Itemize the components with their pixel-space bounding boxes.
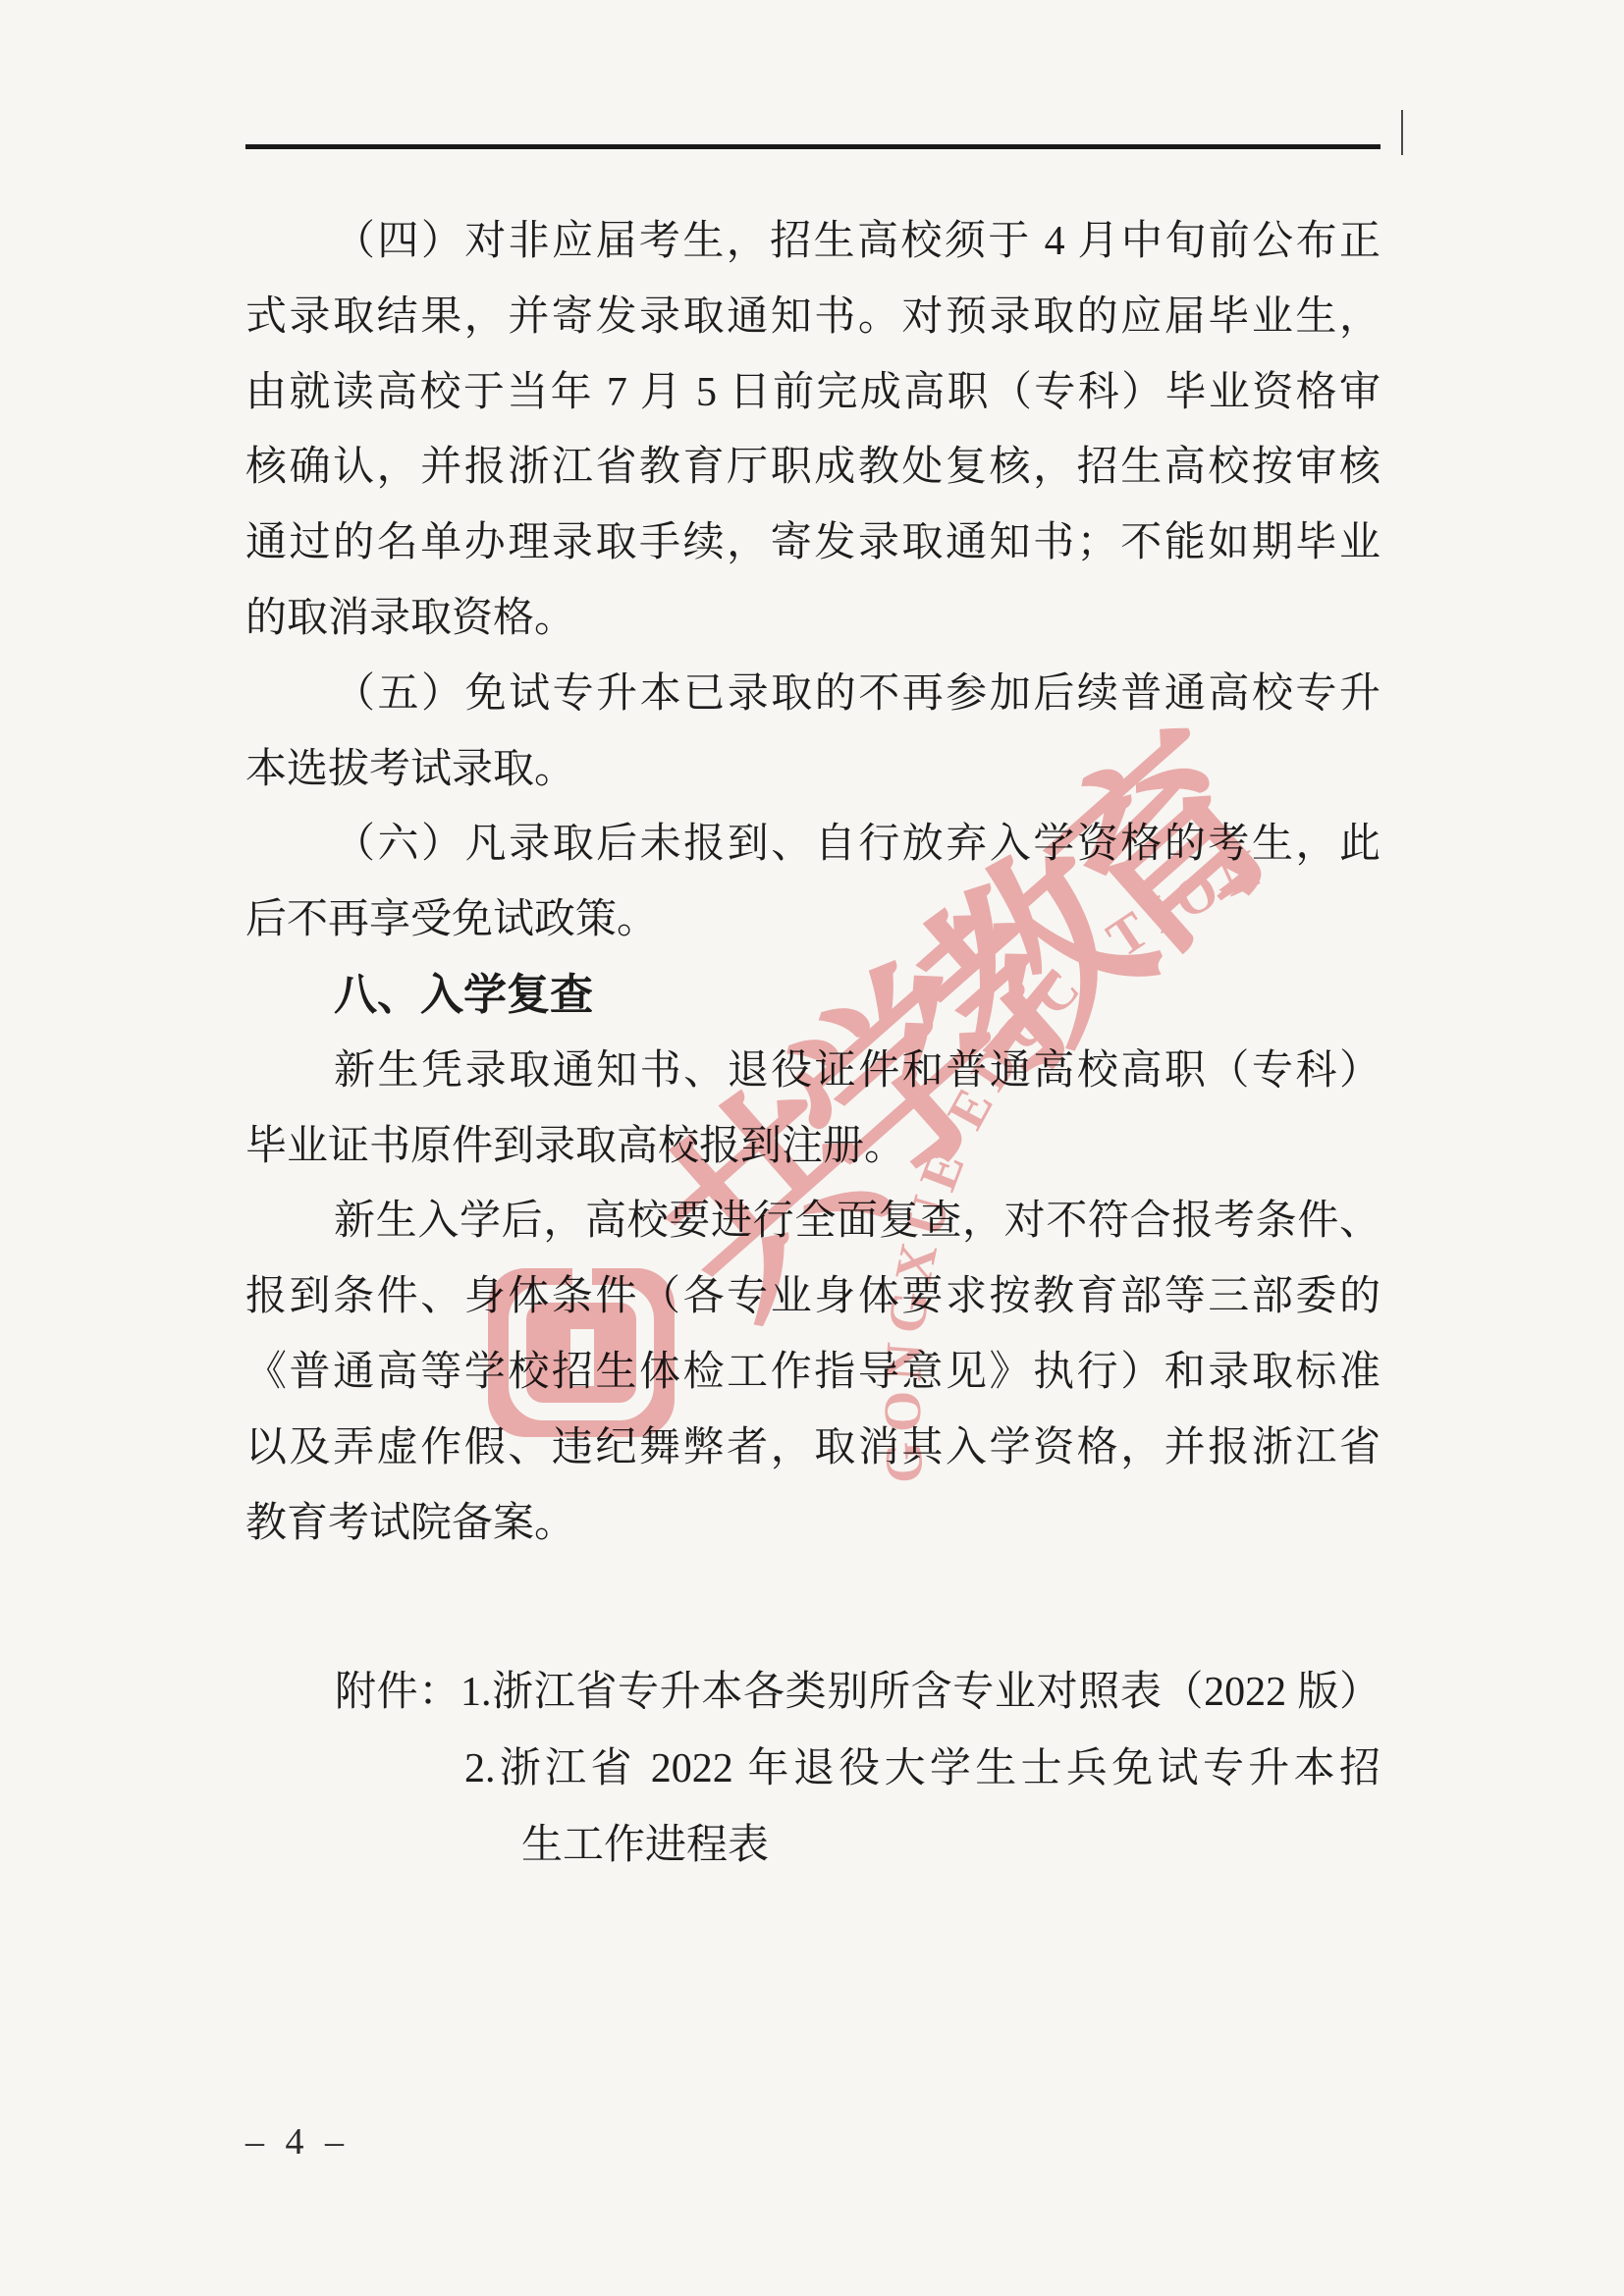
page-number: – 4 – (245, 2120, 350, 2163)
text-line: 毕业证书原件到录取高校报到注册。 (245, 1109, 1380, 1185)
text-line: 通过的名单办理录取手续，寄发录取通知书；不能如期毕业 (245, 506, 1380, 581)
body-text-block: （四）对非应届考生，招生高校须于 4 月中旬前公布正 式录取结果，并寄发录取通知… (245, 204, 1380, 1561)
section-heading: 八、入学复查 (245, 958, 1380, 1034)
text-line: 以及弄虚作假、违纪舞弊者，取消其入学资格，并报浙江省 (245, 1411, 1380, 1486)
attachments-block: 附件：1.浙江省专升本各类别所含专业对照表（2022 版） 2.浙江省 2022… (245, 1655, 1380, 1884)
text-line: 由就读高校于当年 7 月 5 日前完成高职（专科）毕业资格审 (245, 355, 1380, 431)
text-line: 《普通高等学校招生体检工作指导意见》执行）和录取标准 (245, 1335, 1380, 1411)
text-line: （五）免试专升本已录取的不再参加后续普通高校专升 (245, 657, 1380, 732)
text-line: 新生入学后，高校要进行全面复查，对不符合报考条件、 (245, 1184, 1380, 1259)
crop-mark (1401, 110, 1403, 155)
text-line: （四）对非应届考生，招生高校须于 4 月中旬前公布正 (245, 204, 1380, 280)
text-line: 核确认，并报浙江省教育厅职成教处复核，招生高校按审核 (245, 430, 1380, 506)
header-rule (245, 144, 1380, 149)
attachment-line: 2.浙江省 2022 年退役大学生士兵免试专升本招 (245, 1732, 1380, 1808)
text-line: （六）凡录取后未报到、自行放弃入学资格的考生，此 (245, 807, 1380, 882)
text-line: 式录取结果，并寄发录取通知书。对预录取的应届毕业生， (245, 280, 1380, 355)
attachment-line: 附件：1.浙江省专升本各类别所含专业对照表（2022 版） (245, 1655, 1380, 1732)
text-line: 的取消录取资格。 (245, 581, 1380, 657)
text-line: 后不再享受免试政策。 (245, 882, 1380, 958)
text-line: 本选拔考试录取。 (245, 732, 1380, 808)
text-line: 报到条件、身体条件（各专业身体要求按教育部等三部委的 (245, 1259, 1380, 1335)
document-page: （四）对非应届考生，招生高校须于 4 月中旬前公布正 式录取结果，并寄发录取通知… (0, 0, 1624, 2296)
text-line: 新生凭录取通知书、退役证件和普通高校高职（专科） (245, 1034, 1380, 1109)
attachment-line: 生工作进程表 (245, 1808, 1380, 1885)
text-line: 教育考试院备案。 (245, 1486, 1380, 1562)
